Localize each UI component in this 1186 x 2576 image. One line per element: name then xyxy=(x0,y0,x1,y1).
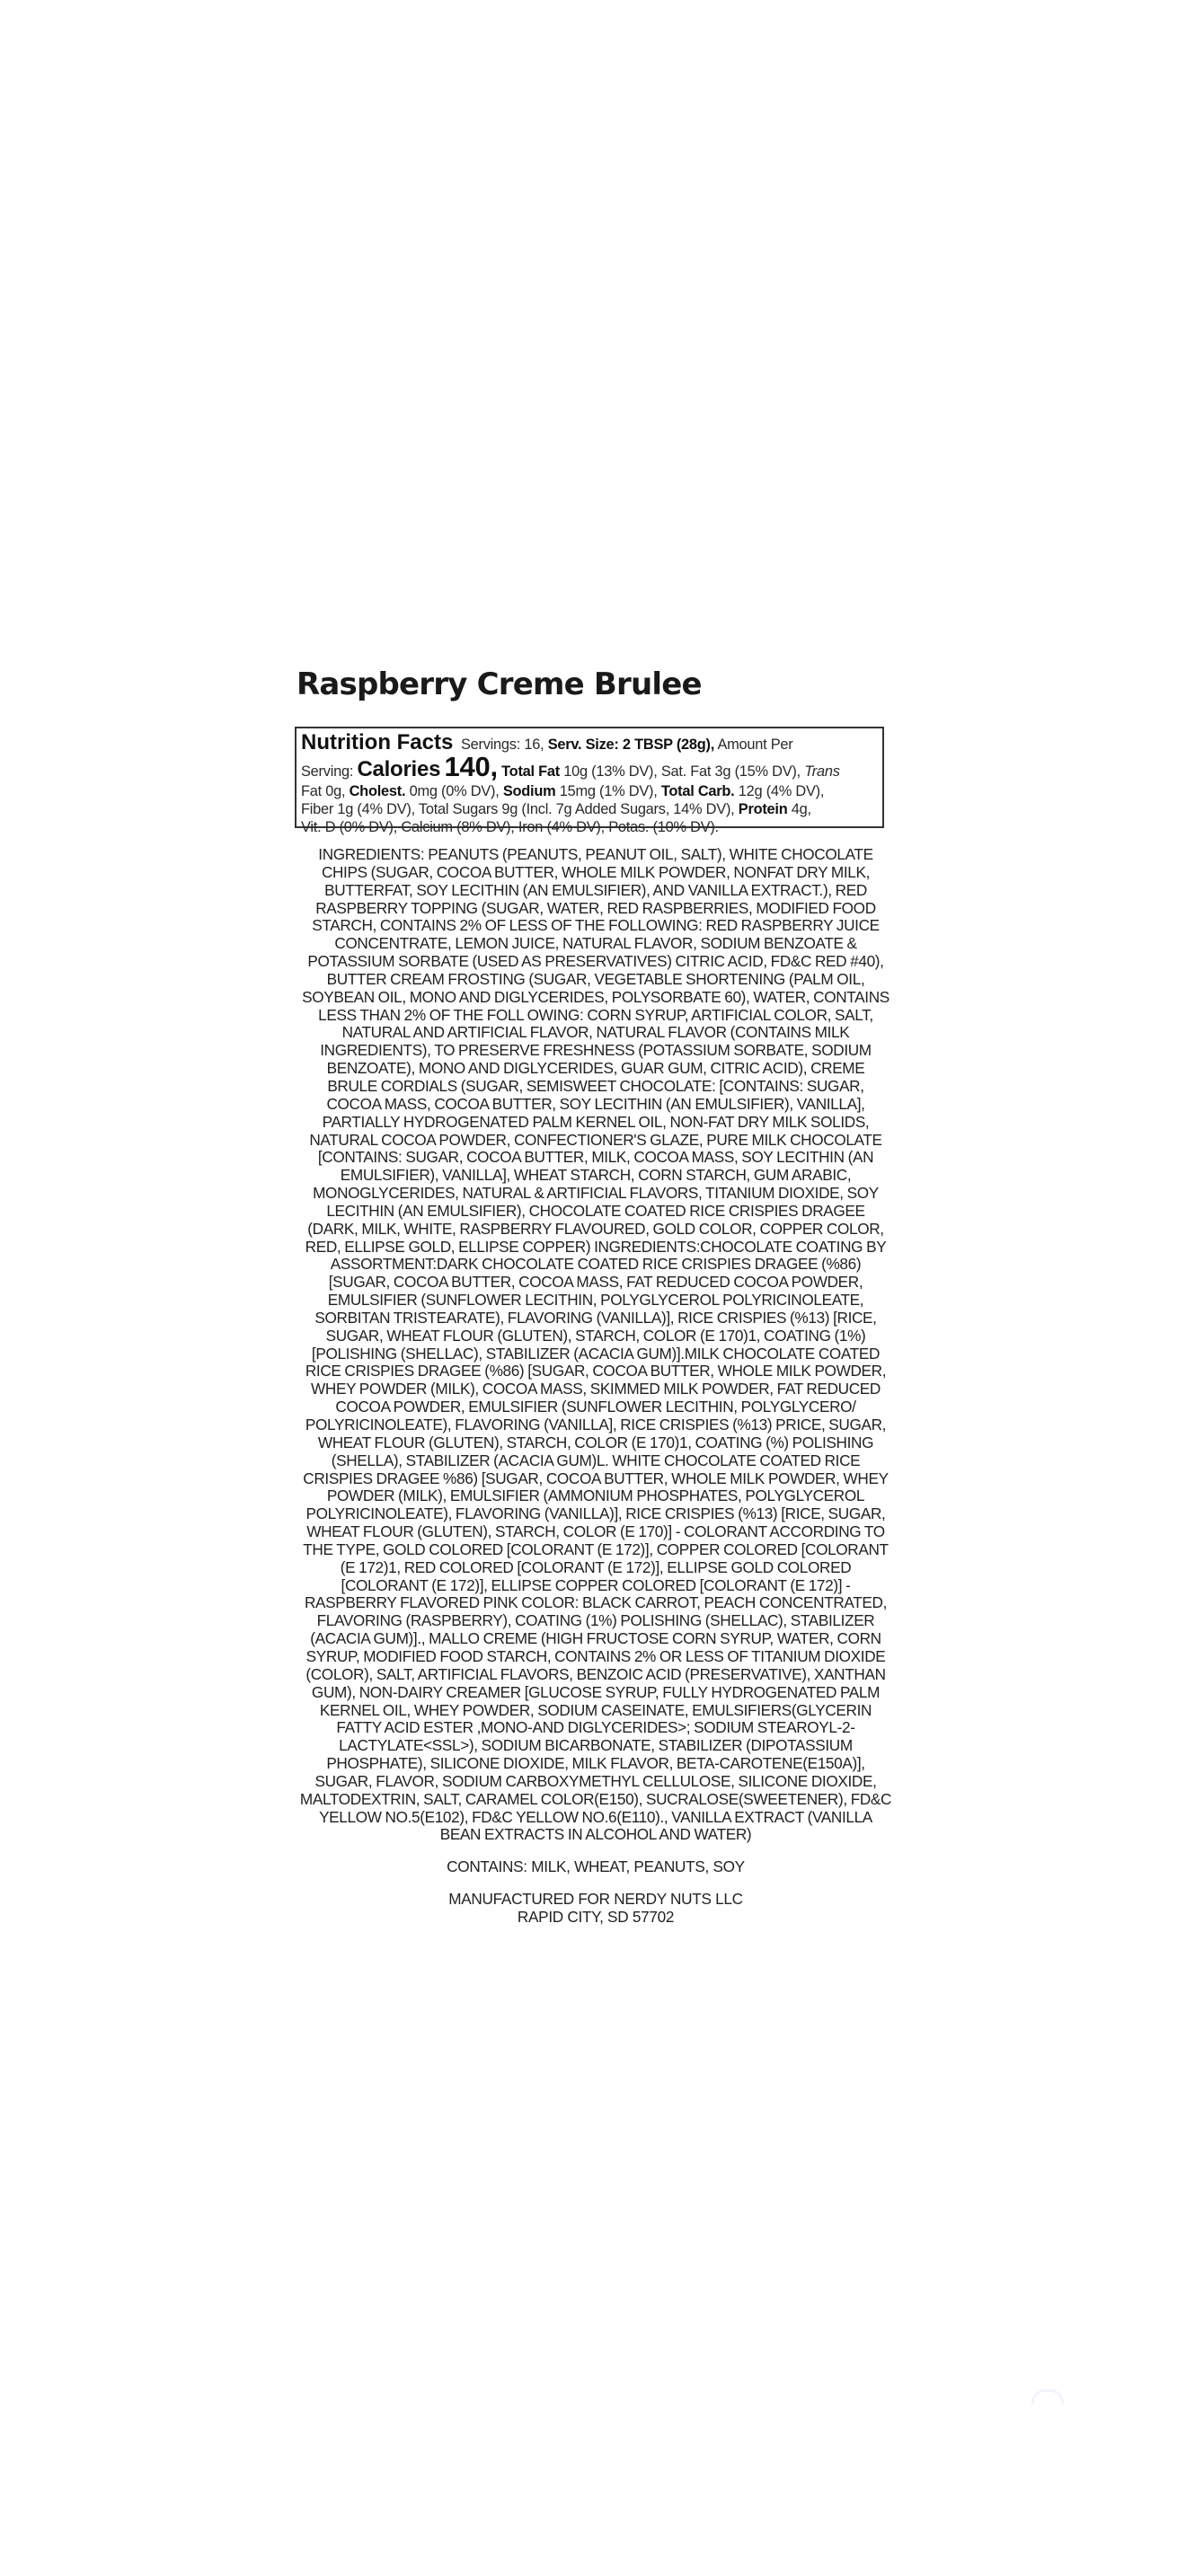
ingredients-line: [SUGAR, COCOA BUTTER, COCOA MASS, FAT RE… xyxy=(289,1274,902,1292)
ingredients-line: POLYRICINOLEATE), FLAVORING (VANILLA)], … xyxy=(289,1505,902,1523)
ingredients-line: ASSORTMENT:DARK CHOCOLATE COATED RICE CR… xyxy=(289,1256,902,1274)
ingredients-line: EMULSIFIER), VANILLA], WHEAT STARCH, COR… xyxy=(289,1167,902,1185)
product-label: Raspberry Creme Brulee Nutrition Facts S… xyxy=(289,654,902,1911)
ingredients-line: SUGAR, FLAVOR, SODIUM CARBOXYMETHYL CELL… xyxy=(289,1773,902,1791)
total-carb-value: 12g (4% DV), xyxy=(739,783,824,799)
ingredients-line: POLYRICINOLEATE), FLAVORING (VANILLA], R… xyxy=(289,1416,902,1434)
ingredients-line: COCOA POWDER, EMULSIFIER (SUNFLOWER LECI… xyxy=(289,1398,902,1416)
ingredients-line: [CONTAINS: SUGAR, COCOA BUTTER, MILK, CO… xyxy=(289,1149,902,1167)
ingredients-line: GUM), NON-DAIRY CREAMER [GLUCOSE SYRUP, … xyxy=(289,1684,902,1702)
protein-label: Protein xyxy=(739,801,788,817)
ingredients-line: KERNEL OIL, WHEY POWDER, SODIUM CASEINAT… xyxy=(289,1702,902,1720)
ingredients-line: EMULSIFIER (SUNFLOWER LECITHIN, POLYGLYC… xyxy=(289,1292,902,1310)
ingredients-line: [COLORANT (E 172)], ELLIPSE COPPER COLOR… xyxy=(289,1577,902,1595)
ingredients-line: (E 172)1, RED COLORED [COLORANT (E 172)]… xyxy=(289,1559,902,1577)
ingredients-list: INGREDIENTS: PEANUTS (PEANUTS, PEANUT OI… xyxy=(289,846,902,1844)
faint-arc-icon xyxy=(1031,2389,1064,2404)
allergen-statement: CONTAINS: MILK, WHEAT, PEANUTS, SOY xyxy=(289,1857,902,1876)
manufacturer-name: MANUFACTURED FOR NERDY NUTS LLC xyxy=(289,1890,902,1908)
ingredients-line: CONCENTRATE, LEMON JUICE, NATURAL FLAVOR… xyxy=(289,935,902,953)
total-fat-label: Total Fat xyxy=(501,763,560,780)
ingredients-line: STARCH, CONTAINS 2% OF LESS OF THE FOLLO… xyxy=(289,917,902,935)
ingredients-line: RED, ELLIPSE GOLD, ELLIPSE COPPER) INGRE… xyxy=(289,1239,902,1257)
ingredients-line: SORBITAN TRISTEARATE), FLAVORING (VANILL… xyxy=(289,1310,902,1328)
ingredients-line: THE TYPE, GOLD COLORED [COLORANT (E 172)… xyxy=(289,1541,902,1559)
nutrition-facts-row-5: Vit. D (0% DV), Calcium (8% DV), Iron (4… xyxy=(301,818,878,836)
ingredients-line: WHEAT FLOUR (GLUTEN), STARCH, COLOR (E 1… xyxy=(289,1434,902,1452)
nutrition-facts-row-4: Fiber 1g (4% DV), Total Sugars 9g (Incl.… xyxy=(301,800,878,818)
ingredients-line: (COLOR), SALT, ARTIFICIAL FLAVORS, BENZO… xyxy=(289,1666,902,1684)
ingredients-line: BRULE CORDIALS (SUGAR, SEMISWEET CHOCOLA… xyxy=(289,1078,902,1096)
ingredients-line: PARTIALLY HYDROGENATED PALM KERNEL OIL, … xyxy=(289,1114,902,1132)
ingredients-line: (SHELLA), STABILIZER (ACACIA GUM)L. WHIT… xyxy=(289,1452,902,1470)
ingredients-line: LACTYLATE<SSL>), SODIUM BICARBONATE, STA… xyxy=(289,1737,902,1755)
vitamins-minerals-text: Vit. D (0% DV), Calcium (8% DV), Iron (4… xyxy=(301,819,719,835)
ingredients-line: MONOGLYCERIDES, NATURAL & ARTIFICIAL FLA… xyxy=(289,1185,902,1203)
ingredients-line: POTASSIUM SORBATE (USED AS PRESERVATIVES… xyxy=(289,953,902,971)
ingredients-line: SYRUP, MODIFIED FOOD STARCH, CONTAINS 2%… xyxy=(289,1648,902,1666)
ingredients-line: [POLISHING (SHELLAC), STABILIZER (ACACIA… xyxy=(289,1345,902,1363)
fiber-sugars-text: Fiber 1g (4% DV), Total Sugars 9g (Incl.… xyxy=(301,801,734,817)
nutrition-facts-heading: Nutrition Facts xyxy=(301,730,453,754)
ingredients-line: FATTY ACID ESTER ,MONO-AND DIGLYCERIDES>… xyxy=(289,1719,902,1737)
nutrition-facts-panel: Nutrition Facts Servings: 16, Serv. Size… xyxy=(295,727,884,828)
product-title: Raspberry Creme Brulee xyxy=(296,666,702,702)
ingredients-line: NATURAL AND ARTIFICIAL FLAVOR, NATURAL F… xyxy=(289,1024,902,1042)
ingredients-line: BENZOATE), MONO AND DIGLYCERIDES, GUAR G… xyxy=(289,1060,902,1078)
ingredients-line: (DARK, MILK, WHITE, RASPBERRY FLAVOURED,… xyxy=(289,1221,902,1239)
ingredients-line: YELLOW NO.5(E102), FD&C YELLOW NO.6(E110… xyxy=(289,1809,902,1827)
amount-per-text: Amount Per xyxy=(717,737,792,753)
ingredients-line: CRISPIES DRAGEE %86) [SUGAR, COCOA BUTTE… xyxy=(289,1470,902,1488)
ingredients-line: BUTTER CREAM FROSTING (SUGAR, VEGETABLE … xyxy=(289,971,902,989)
ingredients-line: INGREDIENTS), TO PRESERVE FRESHNESS (POT… xyxy=(289,1042,902,1060)
ingredients-line: POWDER (MILK), EMULSIFIER (AMMONIUM PHOS… xyxy=(289,1487,902,1505)
ingredients-line: MALTODEXTRIN, SALT, CARAMEL COLOR(E150),… xyxy=(289,1791,902,1809)
calories-label: Calories xyxy=(357,757,440,781)
ingredients-line: INGREDIENTS: PEANUTS (PEANUTS, PEANUT OI… xyxy=(289,846,902,864)
manufacturer-info: MANUFACTURED FOR NERDY NUTS LLC RAPID CI… xyxy=(289,1890,902,1929)
nutrition-facts-row-1: Nutrition Facts Servings: 16, Serv. Size… xyxy=(301,731,878,756)
trans-label: Trans xyxy=(804,763,839,780)
ingredients-line: RASPBERRY TOPPING (SUGAR, WATER, RED RAS… xyxy=(289,900,902,918)
ingredients-line: WHEAT FLOUR (GLUTEN), STARCH, COLOR (E 1… xyxy=(289,1523,902,1541)
ingredients-line: RASPBERRY FLAVORED PINK COLOR: BLACK CAR… xyxy=(289,1594,902,1612)
ingredients-line: BUTTERFAT, SOY LECITHIN (AN EMULSIFIER),… xyxy=(289,882,902,900)
ingredients-line: COCOA MASS, COCOA BUTTER, SOY LECITHIN (… xyxy=(289,1096,902,1114)
sodium-label: Sodium xyxy=(503,783,556,799)
cholesterol-label: Cholest. xyxy=(350,783,406,799)
ingredients-line: BEAN EXTRACTS IN ALCOHOL AND WATER) xyxy=(289,1826,902,1844)
total-fat-value: 10g (13% DV), Sat. Fat 3g (15% DV), xyxy=(563,763,801,780)
ingredients-line: WHEY POWDER (MILK), COCOA MASS, SKIMMED … xyxy=(289,1381,902,1398)
calories-value: 140, xyxy=(444,751,497,782)
ingredients-line: FLAVORING (RASPBERRY), COATING (1%) POLI… xyxy=(289,1612,902,1630)
nutrition-facts-row-2: Serving: Calories 140, Total Fat 10g (13… xyxy=(301,756,878,782)
sodium-value: 15mg (1% DV), xyxy=(560,783,658,799)
trans-fat-value: Fat 0g, xyxy=(301,783,345,799)
ingredients-line: NATURAL COCOA POWDER, CONFECTIONER'S GLA… xyxy=(289,1132,902,1150)
ingredients-line: PHOSPHATE), SILICONE DIOXIDE, MILK FLAVO… xyxy=(289,1755,902,1773)
serving-label: Serving: xyxy=(301,763,353,780)
ingredients-line: SOYBEAN OIL, MONO AND DIGLYCERIDES, POLY… xyxy=(289,989,902,1007)
ingredients-line: (ACACIA GUM)]., MALLO CREME (HIGH FRUCTO… xyxy=(289,1630,902,1648)
nutrition-facts-row-3: Fat 0g, Cholest. 0mg (0% DV), Sodium 15m… xyxy=(301,782,878,800)
protein-value: 4g, xyxy=(792,801,811,817)
manufacturer-address: RAPID CITY, SD 57702 xyxy=(289,1908,902,1926)
ingredients-line: CHIPS (SUGAR, COCOA BUTTER, WHOLE MILK P… xyxy=(289,864,902,882)
ingredients-line: LECITHIN (AN EMULSIFIER), CHOCOLATE COAT… xyxy=(289,1203,902,1221)
serving-size: Serv. Size: 2 TBSP (28g), xyxy=(548,737,714,753)
ingredients-line: SUGAR, WHEAT FLOUR (GLUTEN), STARCH, COL… xyxy=(289,1328,902,1345)
cholesterol-value: 0mg (0% DV), xyxy=(410,783,500,799)
total-carb-label: Total Carb. xyxy=(661,783,735,799)
ingredients-line: RICE CRISPIES DRAGEE (%86) [SUGAR, COCOA… xyxy=(289,1363,902,1381)
ingredients-line: LESS THAN 2% OF THE FOLL OWING: CORN SYR… xyxy=(289,1007,902,1025)
